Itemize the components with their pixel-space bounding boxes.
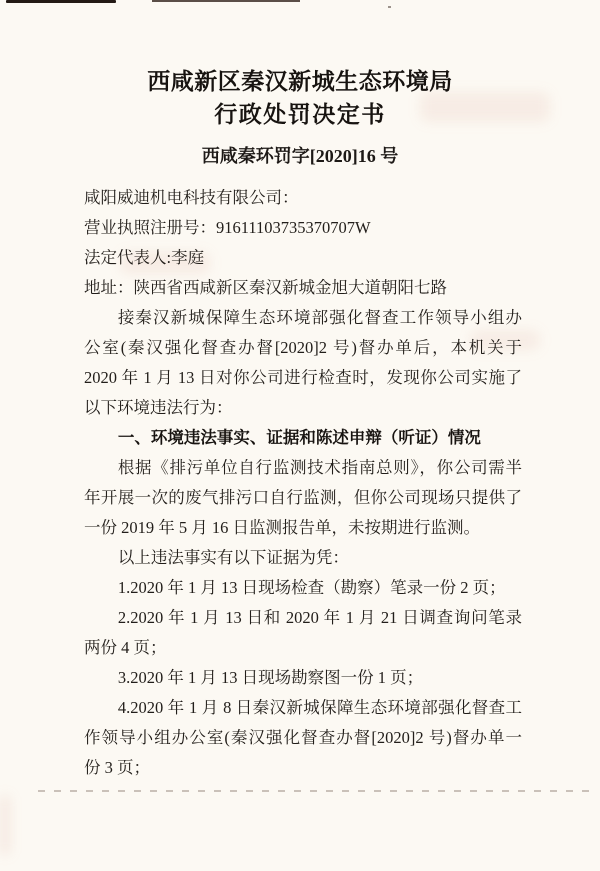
scan-edge-artifact xyxy=(38,790,594,792)
document-title-agency: 西咸新区秦汉新城生态环境局 xyxy=(0,66,600,98)
evidence-item-4-cont: 作领导小组办公室(秦汉强化督查办督[2020]2 号)督办单一 xyxy=(84,723,522,753)
evidence-item-1: 1.2020 年 1 月 13 日现场检查（勘察）笔录一份 2 页； xyxy=(84,573,522,603)
body-line: 以上违法事实有以下证据为凭： xyxy=(84,543,522,573)
document-number: 西咸秦环罚字[2020]16 号 xyxy=(0,143,600,170)
document-title-type: 行政处罚决定书 xyxy=(0,99,600,131)
evidence-item-2-cont: 两份 4 页； xyxy=(84,633,522,663)
address-line: 地址：陕西省西咸新区秦汉新城金旭大道朝阳七路 xyxy=(84,273,522,303)
body-line: 接秦汉新城保障生态环境部强化督查工作领导小组办 xyxy=(84,303,522,333)
body-line: 以下环境违法行为： xyxy=(84,393,522,423)
evidence-item-3: 3.2020 年 1 月 13 日现场勘察图一份 1 页； xyxy=(84,663,522,693)
document-body: 咸阳威迪机电科技有限公司： 营业执照注册号：91611103735370707W… xyxy=(84,183,522,783)
scan-edge-artifact xyxy=(388,6,391,8)
body-line: 年开展一次的废气排污口自行监测，但你公司现场只提供了 xyxy=(84,483,522,513)
body-line: 根据《排污单位自行监测技术指南总则》，你公司需半 xyxy=(84,453,522,483)
body-line: 一份 2019 年 5 月 16 日监测报告单，未按期进行监测。 xyxy=(84,513,522,543)
scan-edge-artifact xyxy=(152,0,300,2)
ink-bleed-stain xyxy=(0,795,10,855)
evidence-item-4-end: 份 3 页； xyxy=(84,753,522,783)
section-heading: 一、环境违法事实、证据和陈述申辩（听证）情况 xyxy=(84,423,522,453)
body-line: 2020 年 1 月 13 日对你公司进行检查时，发现你公司实施了 xyxy=(84,363,522,393)
scanned-document-page: 西咸新区秦汉新城生态环境局 行政处罚决定书 西咸秦环罚字[2020]16 号 咸… xyxy=(0,0,600,871)
business-license-line: 营业执照注册号：91611103735370707W xyxy=(84,213,522,243)
evidence-item-4: 4.2020 年 1 月 8 日秦汉新城保障生态环境部强化督查工 xyxy=(84,693,522,723)
recipient-line: 咸阳威迪机电科技有限公司： xyxy=(84,183,522,213)
body-line: 公室(秦汉强化督查办督[2020]2 号)督办单后，本机关于 xyxy=(84,333,522,363)
scan-edge-artifact xyxy=(6,0,116,3)
legal-representative-line: 法定代表人:李庭 xyxy=(84,243,522,273)
evidence-item-2: 2.2020 年 1 月 13 日和 2020 年 1 月 21 日调查询问笔录 xyxy=(84,603,522,633)
